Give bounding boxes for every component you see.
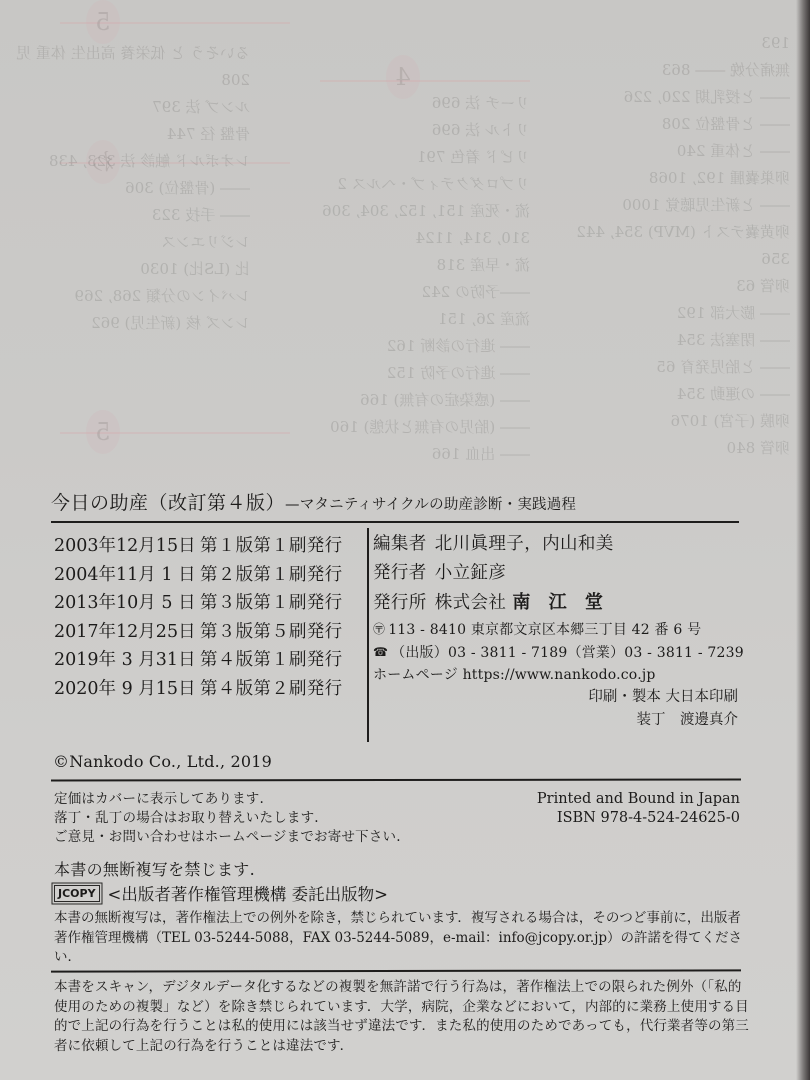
showthrough-column-c: るいそう と 低栄養 高出生 体重 児 208 ルンブ 法 397 骨盤 径 7… <box>10 40 250 337</box>
showthrough-line: 310, 314, 1124 <box>290 225 530 252</box>
printed-info: Printed and Bound in Japan ISBN 978-4-52… <box>537 790 740 828</box>
history-row: 2004年11月 1 日第２版第１刷発行 <box>54 561 359 590</box>
jcopy-heading-row: JCOPY <出版者著作権管理機構 委託出版物> <box>54 881 388 905</box>
publication-history: 2003年12月15日第１版第１刷発行 2004年11月 1 日第２版第１刷発行… <box>54 532 359 703</box>
history-date: 2017年12月25日 <box>54 618 196 647</box>
homepage-url[interactable]: https://www.nankodo.co.jp <box>463 667 656 683</box>
showthrough-section-marker: 5 <box>86 410 120 454</box>
showthrough-line: リピド 着色 791 <box>290 144 530 171</box>
history-edition: 第１版第１刷発行 <box>196 532 342 561</box>
address: 113 - 8410 東京都文京区本郷三丁目 42 番 6 号 <box>388 622 701 638</box>
copyright-divider <box>51 779 741 782</box>
history-row: 2017年12月25日第３版第５刷発行 <box>54 618 359 647</box>
showthrough-line: 比 (LS比) 1030 <box>10 256 250 283</box>
showthrough-section-marker: 5 <box>86 0 120 44</box>
history-row: 2019年 3 月31日第４版第１刷発行 <box>54 646 359 675</box>
scan-notice: 本書をスキャン，デジタルデータ化するなどの複製を無許諾で行う行為は，著作権法上で… <box>54 978 754 1056</box>
showthrough-line: ―― と授乳期 220, 226 <box>550 84 790 111</box>
book-subtitle: —マタニティサイクルの助産診断・実践過程 <box>285 497 576 513</box>
history-date: 2004年11月 1 日 <box>54 561 196 590</box>
credits-block: 編集者北川眞理子，内山和美 発行者小立鉦彦 発行所株式会社南 江 堂 〶113 … <box>373 530 743 732</box>
notes: 定価はカバーに表示してあります. 落丁・乱丁の場合はお取り替えいたします. ご意… <box>54 790 401 847</box>
history-row: 2013年10月 5 日第３版第１刷発行 <box>54 589 359 618</box>
showthrough-line: ―― 出血 166 <box>290 441 530 468</box>
history-date: 2013年10月 5 日 <box>54 589 196 618</box>
showthrough-line: ―― 進行の診断 162 <box>290 333 530 360</box>
showthrough-line: リプロダクティブ・ヘルス 2 <box>290 171 530 198</box>
printed-in-japan: Printed and Bound in Japan <box>537 790 740 809</box>
reverse-page-showthrough: 5 4 わ 5 193 無痛分娩 ―― 863 ―― と授乳期 220, 226… <box>0 0 810 480</box>
copyright: ©Nankodo Co., Ltd., 2019 <box>53 752 272 771</box>
showthrough-line: ―― と体重 240 <box>550 138 790 165</box>
showthrough-line: レオポルド 触診 法 323, 438 <box>10 148 250 175</box>
history-date: 2020年 9 月15日 <box>54 675 196 704</box>
page-edge-shadow <box>796 0 810 1080</box>
showthrough-line: 卵管 840 <box>550 435 790 462</box>
history-edition: 第３版第１刷発行 <box>196 589 342 618</box>
showthrough-line: ―― (胎児の有無と状態) 160 <box>290 414 530 441</box>
note-defects: 落丁・乱丁の場合はお取り替えいたします. <box>54 809 401 828</box>
showthrough-line: ―― (感染症の有無) 166 <box>290 387 530 414</box>
showthrough-line: 193 <box>550 30 790 57</box>
postal-mark-icon: 〶 <box>373 618 385 640</box>
showthrough-line: レバインの分類 268, 269 <box>10 283 250 310</box>
binding-credit: 装丁 渡邊真介 <box>373 709 743 732</box>
showthrough-line: ―― と胎児発育 65 <box>550 354 790 381</box>
jcopy-notice: 本書の無断複写は，著作権法上での例外を除き，禁じられています．複写される場合は，… <box>54 909 754 968</box>
showthrough-line: ―― と新生児聴覚 1000 <box>550 192 790 219</box>
history-date: 2003年12月15日 <box>54 532 196 561</box>
publisher-type: 株式会社 <box>435 593 507 613</box>
showthrough-line: 卵膜 (子宮) 1076 <box>550 408 790 435</box>
showthrough-line: ―― と骨盤位 208 <box>550 111 790 138</box>
publisher-name: 南 江 堂 <box>512 592 609 613</box>
editors-label: 編集者 <box>373 534 427 554</box>
showthrough-line: 356 <box>550 246 790 273</box>
showthrough-line: リーチ 法 696 <box>290 90 530 117</box>
homepage-line: ホームページ https://www.nankodo.co.jp <box>373 664 743 686</box>
jcopy-heading: <出版者著作権管理機構 委託出版物> <box>108 881 388 905</box>
book-title-row: 今日の助産（改訂第４版）—マタニティサイクルの助産診断・実践過程 <box>51 488 739 515</box>
showthrough-line: ―― 閉塞法 354 <box>550 327 790 354</box>
publisher-line: 発行所株式会社南 江 堂 <box>373 588 743 618</box>
showthrough-line: るいそう と 低栄養 高出生 体重 児 <box>10 40 250 67</box>
address-line: 〶113 - 8410 東京都文京区本郷三丁目 42 番 6 号 <box>373 618 743 641</box>
showthrough-rule <box>320 80 530 82</box>
history-date: 2019年 3 月31日 <box>54 646 196 675</box>
note-inquiries: ご意見・お問い合わせはホームページまでお寄せ下さい. <box>54 828 401 847</box>
history-edition: 第２版第１刷発行 <box>196 561 342 590</box>
publisher-person: 小立鉦彦 <box>435 563 507 583</box>
printing-credit: 印刷・製本 大日本印刷 <box>373 686 743 709</box>
history-row: 2020年 9 月15日第４版第２刷発行 <box>54 675 359 704</box>
publisher-label: 発行所 <box>373 593 427 613</box>
showthrough-line: ―― (骨盤位) 306 <box>10 175 250 202</box>
showthrough-line: 208 <box>10 67 250 94</box>
history-edition: 第４版第２刷発行 <box>196 675 342 704</box>
homepage-label: ホームページ <box>373 667 458 683</box>
history-edition: 第４版第１刷発行 <box>196 646 342 675</box>
showthrough-line: ―― の運動 354 <box>550 381 790 408</box>
scan-notice-divider <box>51 969 741 972</box>
showthrough-line: 卵管 63 <box>550 273 790 300</box>
editors-line: 編集者北川眞理子，内山和美 <box>373 530 743 559</box>
showthrough-line: ―― 進行の予防 152 <box>290 360 530 387</box>
publisher-person-line: 発行者小立鉦彦 <box>373 559 743 588</box>
showthrough-line: ――予防の 242 <box>290 279 530 306</box>
copy-ban-notice: 本書の無断複写を禁じます. <box>54 857 255 880</box>
showthrough-line: 無痛分娩 ―― 863 <box>550 57 790 84</box>
showthrough-line: レジリエンス <box>10 229 250 256</box>
showthrough-line: 骨盤 径 744 <box>10 121 250 148</box>
column-divider <box>367 528 369 742</box>
history-row: 2003年12月15日第１版第１刷発行 <box>54 532 359 561</box>
editors: 北川眞理子，内山和美 <box>435 534 614 554</box>
jcopy-logo-icon: JCOPY <box>54 885 100 902</box>
phone-numbers: （出版）03 - 3811 - 7189（営業）03 - 3811 - 7239 <box>391 645 744 661</box>
isbn: ISBN 978-4-524-24625-0 <box>537 809 740 828</box>
showthrough-line: 卵巣嚢腫 192, 1068 <box>550 165 790 192</box>
phone-icon: ☎ <box>373 641 388 663</box>
showthrough-column-a: 193 無痛分娩 ―― 863 ―― と授乳期 220, 226 ―― と骨盤位… <box>550 30 790 462</box>
showthrough-line: 流・死産 151, 152, 304, 306 <box>290 198 530 225</box>
phone-line: ☎（出版）03 - 3811 - 7189（営業）03 - 3811 - 723… <box>373 641 743 664</box>
showthrough-line: 卵黄嚢テスト (MVP) 354, 442 <box>550 219 790 246</box>
showthrough-line: ルンブ 法 397 <box>10 94 250 121</box>
showthrough-line: リトル 法 696 <box>290 117 530 144</box>
note-price: 定価はカバーに表示してあります. <box>54 790 401 809</box>
showthrough-line: ―― 手技 323 <box>10 202 250 229</box>
publisher-person-label: 発行者 <box>373 563 427 583</box>
showthrough-line: 流産 26, 151 <box>290 306 530 333</box>
history-edition: 第３版第５刷発行 <box>196 618 342 647</box>
showthrough-line: ―― 膨大部 192 <box>550 300 790 327</box>
title-divider <box>51 521 739 523</box>
showthrough-line: 流・早産 318 <box>290 252 530 279</box>
showthrough-column-b: リーチ 法 696 リトル 法 696 リピド 着色 791 リプロダクティブ・… <box>290 90 530 468</box>
book-title: 今日の助産（改訂第４版） <box>51 492 285 514</box>
showthrough-line: レンズ 核 (新生児) 962 <box>10 310 250 337</box>
